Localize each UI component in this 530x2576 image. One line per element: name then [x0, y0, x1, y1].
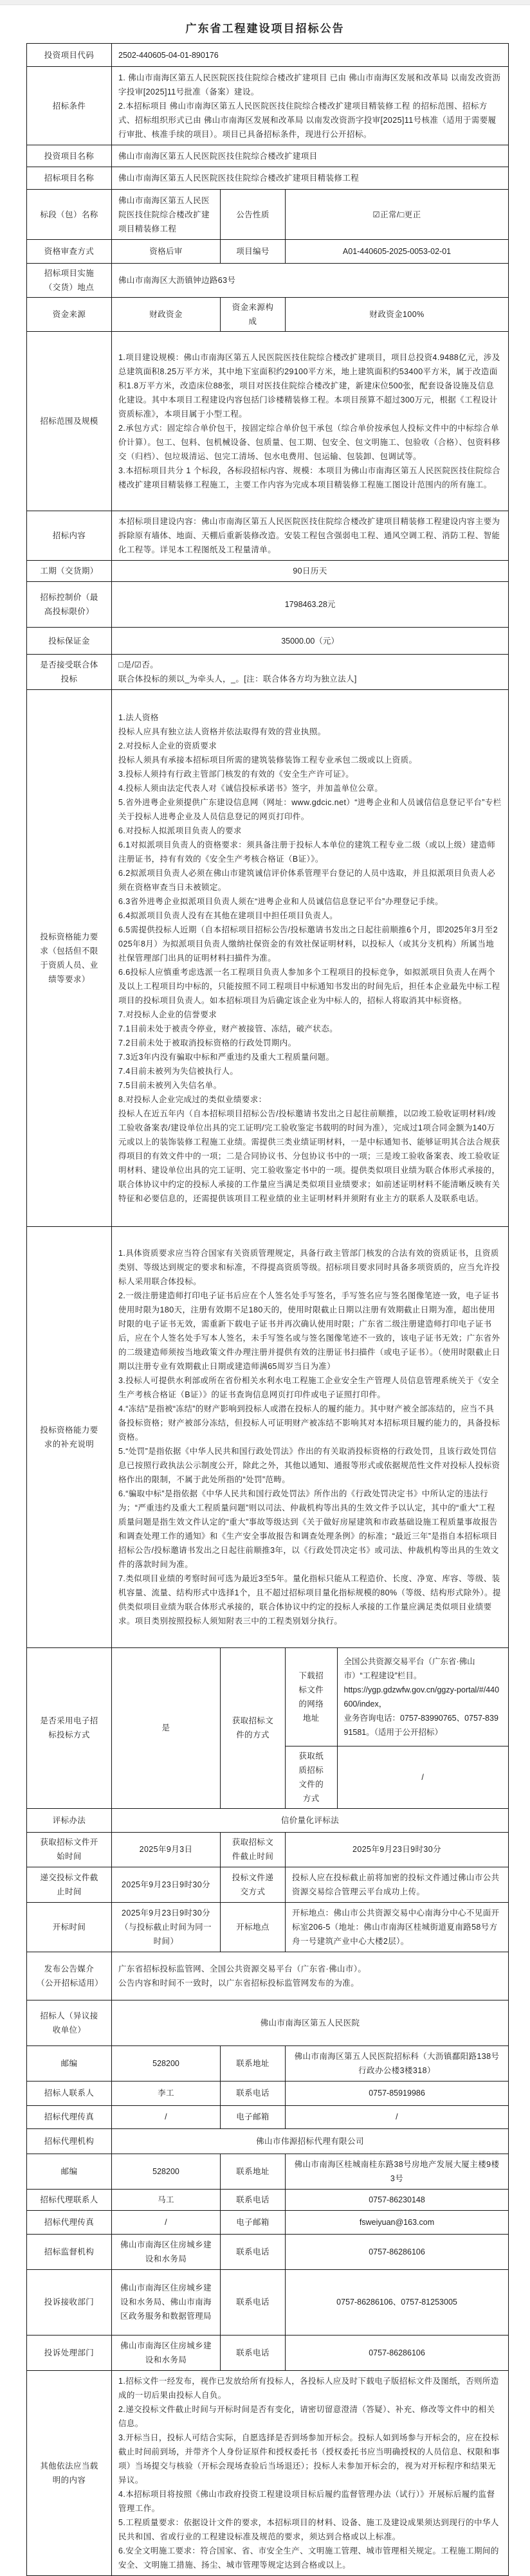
- agency-phone-value: 0757-86230148: [286, 2189, 509, 2210]
- download-url-label: 下载招标文件的网络地址: [286, 1648, 337, 1746]
- page-top-strip: [0, 0, 530, 5]
- control-price-label: 招标控制价（最高投标限价）: [27, 582, 112, 628]
- table-row: 招标内容 本招标项目建设内容：佛山市南海区第五人民医院医技住院综合楼改扩建项目精…: [27, 511, 509, 561]
- agency-email-value: fsweiyuan@163.com: [286, 2210, 509, 2234]
- agency-contact-value: 马工: [112, 2189, 221, 2210]
- duration-label: 工期（交货期）: [27, 561, 112, 582]
- supervisor-value: 佛山市南海区住房城乡建设和水务局: [112, 2234, 221, 2269]
- section-value: 佛山市南海区第五人民医院医技住院综合楼改扩建项目精装修工程: [112, 190, 221, 240]
- table-row: 招标人（异议接收单位） 佛山市南海区第五人民医院: [27, 2000, 509, 2045]
- table-row: 投诉处理部门 佛山市南海区住房城乡建设和水务局 联系电话 0757-862861…: [27, 2335, 509, 2370]
- complaint-receive-phone-label: 联系电话: [221, 2269, 286, 2335]
- consortium-value: □是/☑否。 联合体投标的须以_为牵头人，_。[注：联合体各方均为独立法人]: [112, 655, 509, 690]
- content-value: 本招标项目建设内容：佛山市南海区第五人民医院医技住院综合楼改扩建项目精装修工程建…: [112, 511, 509, 561]
- opening-time-label: 开标时间: [27, 1902, 112, 1952]
- media-value: 广东省招标投标监管网、全国公共资源交易平台（广东省·佛山市）。 公告内容和时间不…: [112, 1952, 509, 2000]
- tenderer-phone-label: 联系电话: [221, 2081, 286, 2105]
- table-row: 招标项目实施（交货）地点 佛山市南海区大沥镇钟边路63号: [27, 264, 509, 298]
- supervisor-label: 招标监督机构: [27, 2234, 112, 2269]
- qualification-req-value: 1.法人资格 投标人应具有独立法人资格并依法取得有效的营业执照。 2.对投标人企…: [112, 690, 509, 1227]
- table-row: 获取纸质招标文件的方式 /: [286, 1746, 508, 1808]
- tenderer-email-label: 电子邮箱: [221, 2105, 286, 2128]
- table-row: 邮编 528200 联系地址 佛山市南海区第五人民医院招标科（大沥镇鄱阳路138…: [27, 2045, 509, 2081]
- table-row: 是否采用电子招标投标方式 是 获取招标文件的方式 下载招标文件的网络地址 全国公…: [27, 1648, 509, 1809]
- supervisor-phone-label: 联系电话: [221, 2234, 286, 2269]
- electronic-bidding-label: 是否采用电子招标投标方式: [27, 1648, 112, 1809]
- tenderer-address-label: 联系地址: [221, 2045, 286, 2081]
- project-number-value: A01-440605-2025-0053-02-01: [286, 240, 509, 264]
- tenderer-contact-value: 李工: [112, 2081, 221, 2105]
- doc-deadline-value: 2025年9月23日9时30分: [286, 1832, 509, 1867]
- table-row: 招标条件 1. 佛山市南海区第五人民医院医技住院综合楼改扩建项目 已由 佛山市南…: [27, 67, 509, 145]
- other-content-value: 1.招标文件一经发布，视作已发放给所有投标人，各投标人应及时下载电子版招标文件及…: [112, 2370, 509, 2575]
- other-content-label: 其他依法应当载明的内容: [27, 2370, 112, 2575]
- table-row: 投标资格能力要求（包括但不限于资质人员、业绩等要求） 1.法人资格 投标人应具有…: [27, 690, 509, 1227]
- submit-deadline-value: 2025年9月23日9时30分: [112, 1867, 221, 1902]
- agency-contact-label: 招标代理联系人: [27, 2189, 112, 2210]
- table-row: 发布公告媒介（公开招标适用） 广东省招标投标监管网、全国公共资源交易平台（广东省…: [27, 1952, 509, 2000]
- table-row: 招标控制价（最高投标限价） 1798463.28元: [27, 582, 509, 628]
- qualification-review-value: 资格后审: [112, 240, 221, 264]
- location-value: 佛山市南海区大沥镇钟边路63号: [112, 264, 509, 298]
- table-row: 资金来源 财政资金 资金来源构成 财政资金100%: [27, 298, 509, 332]
- agency-address-label: 联系地址: [221, 2154, 286, 2189]
- tenderer-phone-value: 0757-85919986: [286, 2081, 509, 2105]
- submit-deadline-label: 递交投标文件截止时间: [27, 1867, 112, 1902]
- table-row: 投资项目代码 2502-440605-04-01-890176: [27, 44, 509, 67]
- tender-name-label: 招标项目名称: [27, 167, 112, 190]
- paper-docs-value: /: [337, 1746, 508, 1808]
- consortium-label: 是否接受联合体投标: [27, 655, 112, 690]
- opening-time-value: 2025年9月23日9时30分（与投标截止时间为同一时间）: [112, 1902, 221, 1952]
- table-row: 评标办法 信价量化评标法: [27, 1808, 509, 1832]
- complaint-receive-label: 投诉接收部门: [27, 2269, 112, 2335]
- tender-conditions-label: 招标条件: [27, 67, 112, 145]
- tenderer-fax-value: /: [112, 2105, 221, 2128]
- submit-method-label: 投标文件递交方式: [221, 1867, 286, 1902]
- supervisor-phone-value: 0757-86286106: [286, 2234, 509, 2269]
- table-row: 招标项目名称 佛山市南海区第五人民医院医技住院综合楼改扩建项目精装修工程: [27, 167, 509, 190]
- funds-value: 财政资金: [112, 298, 221, 332]
- tenderer-postcode-value: 528200: [112, 2045, 221, 2081]
- funds-label: 资金来源: [27, 298, 112, 332]
- table-row: 开标时间 2025年9月23日9时30分（与投标截止时间为同一时间） 开标地点 …: [27, 1902, 509, 1952]
- agency-postcode-value: 528200: [112, 2154, 221, 2189]
- table-row: 招标范围及规模 1.项目建设规模：佛山市南海区第五人民医院医技住院综合楼改扩建项…: [27, 332, 509, 511]
- table-row: 获取招标文件开始时间 2025年9月3日 获取招标文件截止时间 2025年9月2…: [27, 1832, 509, 1867]
- investment-code-label: 投资项目代码: [27, 44, 112, 67]
- table-row: 招标监督机构 佛山市南海区住房城乡建设和水务局 联系电话 0757-862861…: [27, 2234, 509, 2269]
- doc-deadline-label: 获取招标文件截止时间: [221, 1832, 286, 1867]
- scope-label: 招标范围及规模: [27, 332, 112, 511]
- tenderer-address-value: 佛山市南海区第五人民医院招标科（大沥镇鄱阳路138号行政办公楼3楼318）: [286, 2045, 509, 2081]
- paper-docs-label: 获取纸质招标文件的方式: [286, 1746, 337, 1808]
- bid-bond-value: 35000.00（元）: [112, 628, 509, 655]
- table-row: 工期（交货期） 90日历天: [27, 561, 509, 582]
- agency-fax-label: 招标代理传真: [27, 2210, 112, 2234]
- electronic-bidding-value: 是: [112, 1648, 221, 1809]
- table-row: 招标代理机构 佛山市伟源招标代理有限公司: [27, 2128, 509, 2154]
- table-row: 招标人联系人 李工 联系电话 0757-85919986: [27, 2081, 509, 2105]
- agency-label: 招标代理机构: [27, 2128, 112, 2154]
- complaint-receive-phone-value: 0757-86286106、0757-81253005: [286, 2269, 509, 2335]
- tenderer-fax-label: 招标代理传真: [27, 2105, 112, 2128]
- qualification-req-label: 投标资格能力要求（包括但不限于资质人员、业绩等要求）: [27, 690, 112, 1227]
- obtain-docs-inner-table: 下载招标文件的网络地址 全国公共资源交易平台（广东省·佛山市）“工程建设”栏目。…: [286, 1648, 508, 1808]
- funds-composition-value: 财政资金100%: [286, 298, 509, 332]
- table-row: 投诉接收部门 佛山市南海区住房城乡建设和水务局、佛山市南海区政务服务和数据管理局…: [27, 2269, 509, 2335]
- opening-place-value: 开标地点：佛山市公共资源交易中心南海分中心不见面开标室206-5（地址：佛山市南…: [286, 1902, 509, 1952]
- funds-composition-label: 资金来源构成: [221, 298, 286, 332]
- page-title: 广东省工程建设项目招标公告: [0, 19, 530, 35]
- table-row: 投标资格能力要求的补充说明 1.具体资质要求应当符合国家有关资质管理规定，具备行…: [27, 1227, 509, 1648]
- doc-start-time-label: 获取招标文件开始时间: [27, 1832, 112, 1867]
- duration-value: 90日历天: [112, 561, 509, 582]
- qualification-notes-label: 投标资格能力要求的补充说明: [27, 1227, 112, 1648]
- table-row: 递交投标文件截止时间 2025年9月23日9时30分 投标文件递交方式 投标人应…: [27, 1867, 509, 1902]
- control-price-value: 1798463.28元: [112, 582, 509, 628]
- obtain-docs-label: 获取招标文件的方式: [221, 1648, 286, 1809]
- location-label: 招标项目实施（交货）地点: [27, 264, 112, 298]
- table-row: 投标保证金 35000.00（元）: [27, 628, 509, 655]
- agency-postcode-label: 邮编: [27, 2154, 112, 2189]
- tenderer-value: 佛山市南海区第五人民医院: [112, 2000, 509, 2045]
- obtain-docs-cell: 下载招标文件的网络地址 全国公共资源交易平台（广东省·佛山市）“工程建设”栏目。…: [286, 1648, 509, 1809]
- table-row: 其他依法应当载明的内容 1.招标文件一经发布，视作已发放给所有投标人，各投标人应…: [27, 2370, 509, 2575]
- tenderer-postcode-label: 邮编: [27, 2045, 112, 2081]
- agency-phone-label: 联系电话: [221, 2189, 286, 2210]
- agency-address-value: 佛山市南海区桂城南桂东路38号房地产发展大厦主楼9楼3号: [286, 2154, 509, 2189]
- doc-start-time-value: 2025年9月3日: [112, 1832, 221, 1867]
- bid-bond-label: 投标保证金: [27, 628, 112, 655]
- complaint-handle-label: 投诉处理部门: [27, 2335, 112, 2370]
- table-row: 标段（包）名称 佛山市南海区第五人民医院医技住院综合楼改扩建项目精装修工程 公告…: [27, 190, 509, 240]
- submit-method-value: 投标人应在投标截止前将加密的投标文件通过佛山市公共资源交易综合管理云平台成功上传…: [286, 1867, 509, 1902]
- media-label: 发布公告媒介（公开招标适用）: [27, 1952, 112, 2000]
- agency-value: 佛山市伟源招标代理有限公司: [112, 2128, 509, 2154]
- tender-conditions-value: 1. 佛山市南海区第五人民医院医技住院综合楼改扩建项目 已由 佛山市南海区发展和…: [112, 67, 509, 145]
- tender-name-value: 佛山市南海区第五人民医院医技住院综合楼改扩建项目精装修工程: [112, 167, 509, 190]
- table-row: 投资项目名称 佛山市南海区第五人民医院医技住院综合楼改扩建项目: [27, 145, 509, 167]
- table-row: 招标代理联系人 马工 联系电话 0757-86230148: [27, 2189, 509, 2210]
- investment-code-value: 2502-440605-04-01-890176: [112, 44, 509, 67]
- complaint-receive-value: 佛山市南海区住房城乡建设和水务局、佛山市南海区政务服务和数据管理局: [112, 2269, 221, 2335]
- tenderer-label: 招标人（异议接收单位）: [27, 2000, 112, 2045]
- evaluation-method-value: 信价量化评标法: [112, 1808, 509, 1832]
- table-row: 是否接受联合体投标 □是/☑否。 联合体投标的须以_为牵头人，_。[注：联合体各…: [27, 655, 509, 690]
- tenderer-email-value: /: [286, 2105, 509, 2128]
- table-row: 招标代理传真 / 电子邮箱 fsweiyuan@163.com: [27, 2210, 509, 2234]
- qualification-review-label: 资格审查方式: [27, 240, 112, 264]
- opening-place-label: 开标地点: [221, 1902, 286, 1952]
- complaint-handle-phone-label: 联系电话: [221, 2335, 286, 2370]
- investment-name-value: 佛山市南海区第五人民医院医技住院综合楼改扩建项目: [112, 145, 509, 167]
- tender-announcement-table: 投资项目代码 2502-440605-04-01-890176 招标条件 1. …: [26, 43, 509, 2576]
- notice-nature-value: ☑正常/□更正: [286, 190, 509, 240]
- table-row: 邮编 528200 联系地址 佛山市南海区桂城南桂东路38号房地产发展大厦主楼9…: [27, 2154, 509, 2189]
- scope-value: 1.项目建设规模：佛山市南海区第五人民医院医技住院综合楼改扩建项目，项目总投资4…: [112, 332, 509, 511]
- project-number-label: 项目编号: [221, 240, 286, 264]
- section-label: 标段（包）名称: [27, 190, 112, 240]
- table-row: 下载招标文件的网络地址 全国公共资源交易平台（广东省·佛山市）“工程建设”栏目。…: [286, 1648, 508, 1746]
- complaint-handle-value: 佛山市南海区住房城乡建设和水务局: [112, 2335, 221, 2370]
- table-row: 资格审查方式 资格后审 项目编号 A01-440605-2025-0053-02…: [27, 240, 509, 264]
- content-label: 招标内容: [27, 511, 112, 561]
- download-url-text[interactable]: 全国公共资源交易平台（广东省·佛山市）“工程建设”栏目。 https://ygp…: [337, 1648, 508, 1746]
- agency-email-label: 电子邮箱: [221, 2210, 286, 2234]
- investment-name-label: 投资项目名称: [27, 145, 112, 167]
- complaint-handle-phone-value: 0757-86286106: [286, 2335, 509, 2370]
- agency-fax-value: /: [112, 2210, 221, 2234]
- qualification-notes-value: 1.具体资质要求应当符合国家有关资质管理规定，具备行政主管部门核发的合法有效的资…: [112, 1227, 509, 1648]
- notice-nature-label: 公告性质: [221, 190, 286, 240]
- evaluation-method-label: 评标办法: [27, 1808, 112, 1832]
- table-row: 招标代理传真 / 电子邮箱 /: [27, 2105, 509, 2128]
- tenderer-contact-label: 招标人联系人: [27, 2081, 112, 2105]
